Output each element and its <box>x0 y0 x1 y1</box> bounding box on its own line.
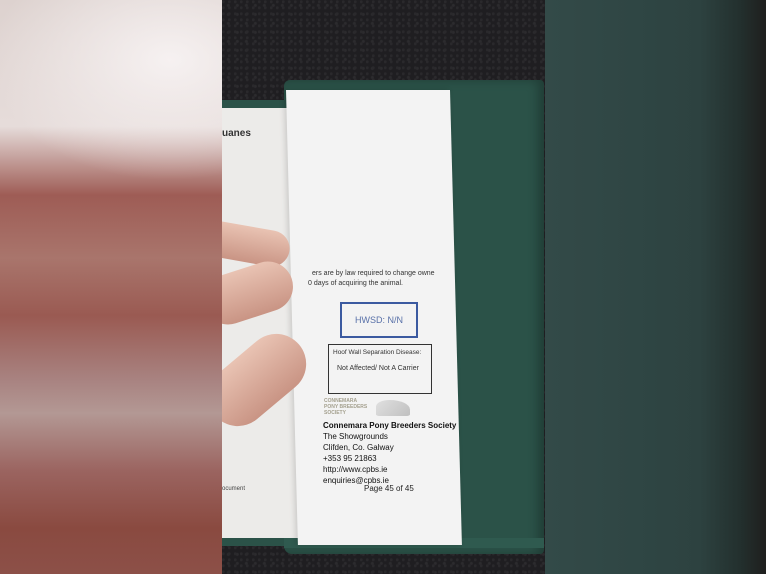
hwsd-stamp: HWSD: N/N <box>340 302 418 338</box>
website: http://www.cpbs.ie <box>323 464 456 475</box>
hoof-disease-title: Hoof Wall Separation Disease: <box>333 349 421 356</box>
ownership-notice-line1: ers are by law required to change owne <box>312 270 435 277</box>
photo: uanes ocument ers are by law required to… <box>222 0 545 574</box>
organisation-address: Connemara Pony Breeders Society The Show… <box>323 420 456 486</box>
blurred-right-fill <box>545 0 766 574</box>
hoof-disease-box: Hoof Wall Separation Disease: Not Affect… <box>328 344 432 394</box>
page-number: Page 45 of 45 <box>364 484 414 493</box>
address-line2: Clifden, Co. Galway <box>323 442 456 453</box>
left-page-title-fragment: uanes <box>222 128 251 139</box>
cpbs-logo: CONNEMARA PONY BREEDERS SOCIETY <box>324 398 414 420</box>
organisation-name: Connemara Pony Breeders Society <box>323 420 456 431</box>
hoof-disease-status: Not Affected/ Not A Carrier <box>337 365 419 372</box>
blurred-left-fill <box>0 0 222 574</box>
address-line1: The Showgrounds <box>323 431 456 442</box>
horse-head-icon <box>376 400 410 416</box>
phone: +353 95 21863 <box>323 453 456 464</box>
ownership-notice-line2: 0 days of acquiring the animal. <box>308 280 403 287</box>
hwsd-stamp-text: HWSD: N/N <box>355 315 403 325</box>
left-page-footer-fragment: ocument <box>222 486 245 492</box>
